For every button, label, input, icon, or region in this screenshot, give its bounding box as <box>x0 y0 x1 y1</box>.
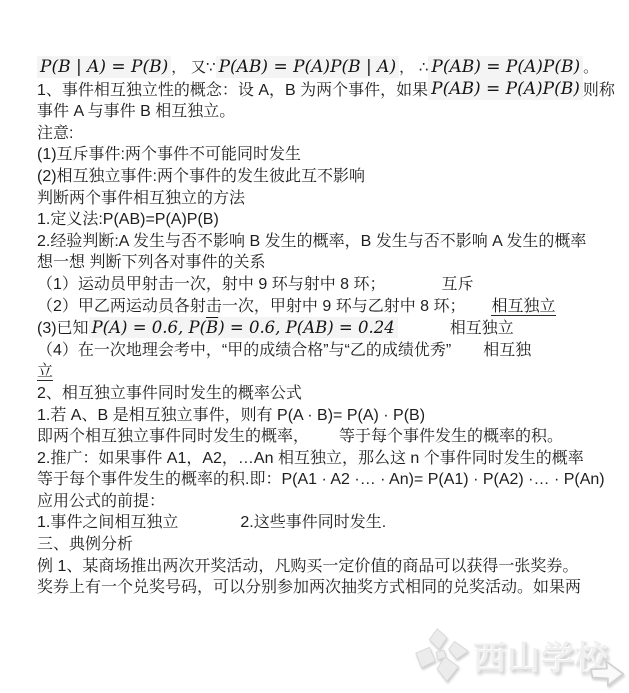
b-complement-overline: B <box>206 318 218 337</box>
concept-post-text: 则称 <box>583 82 615 99</box>
section-3-title: 三、典例分析 <box>37 534 619 556</box>
therefore-symbol: ∴ <box>419 59 429 76</box>
concept-definition-line1: 1、事件相互独立性的概念：设 A，B 为两个事件，如果P(AB) = P(A)P… <box>37 79 619 102</box>
section-2-line2: 即两个相互独立事件同时发生的概率，等于每个事件发生的概率的积。 <box>37 426 619 448</box>
example-line-2: 奖券上有一个兑奖号码，可以分别参加两次抽奖方式相同的兑奖活动。如果两 <box>37 577 619 599</box>
question-3-answer: 相互独立 <box>450 320 514 337</box>
judge-method-title: 判断两个事件相互独立的方法 <box>37 188 619 210</box>
comma: ， <box>399 59 414 76</box>
premise-item-1: 1.事件之间相互独立 <box>37 514 178 531</box>
question-1-text: （1）运动员甲射击一次，射中 9 环与射中 8 环； <box>37 276 385 293</box>
formula-part-b: ) = 0.6, P(AB) = 0.24 <box>218 318 395 337</box>
question-3-pre: (3)已知 <box>37 320 89 337</box>
question-4: （4）在一次地理会考中，“甲的成绩合格”与“乙的成绩优秀”相互独 <box>37 340 619 362</box>
question-1-answer: 互斥 <box>441 276 473 293</box>
method-definition: 1.定义法:P(AB)=P(A)P(B) <box>37 209 619 231</box>
derivation-formula-line: P(B | A) = P(B)， 又∵P(AB) = P(A)P(B | A)，… <box>37 56 619 79</box>
school-watermark: 西山学校 <box>397 621 627 691</box>
note-title: 注意: <box>37 123 619 145</box>
formula-independence: P(AB) = P(A)P(B) <box>428 56 583 78</box>
section-2-title: 2、相互独立事件同时发生的概率公式 <box>37 383 619 405</box>
question-4-answer-part2: 立 <box>37 363 53 381</box>
premise-item-2: 2.这些事件同时发生. <box>240 514 386 531</box>
question-2-answer: 相互独立 <box>491 298 555 316</box>
question-2: （2）甲乙两运动员各射击一次，甲射中 9 环与乙射中 8 环；相互独立 <box>37 296 619 318</box>
question-2-text: （2）甲乙两运动员各射击一次，甲射中 9 环与乙射中 8 环； <box>37 298 465 315</box>
question-3-formula: P(A) = 0.6, P(B) = 0.6, P(AB) = 0.24 <box>89 317 398 338</box>
next-arrow-icon <box>587 655 627 691</box>
section-2-line2a: 即两个相互独立事件同时发生的概率， <box>37 428 309 445</box>
conjunction-because: 又∵ <box>191 59 216 76</box>
section-2-line4: 等于每个事件发生的概率的积.即：P(A1 · A2 ·… · An)= P(A1… <box>37 469 619 491</box>
question-3: (3)已知P(A) = 0.6, P(B) = 0.6, P(AB) = 0.2… <box>37 317 619 340</box>
formula-product-conditional: P(AB) = P(A)P(B | A) <box>216 56 400 78</box>
concept-pre-text: 1、事件相互独立性的概念：设 A，B 为两个事件，如果 <box>37 82 428 99</box>
formula-conditional: P(B | A) = P(B) <box>37 56 171 78</box>
method-empirical: 2.经验判断:A 发生与否不影响 B 发生的概率，B 发生与否不影响 A 发生的… <box>37 231 619 253</box>
example-line-1: 例 1、某商场推出两次开奖活动，凡购买一定价值的商品可以获得一张奖券。 <box>37 556 619 578</box>
concept-definition-line2: 事件 A 与事件 B 相互独立。 <box>37 101 619 123</box>
star-burst-icon <box>411 627 473 689</box>
question-4-text: （4）在一次地理会考中，“甲的成绩合格”与“乙的成绩优秀” <box>37 342 451 359</box>
concept-formula: P(AB) = P(A)P(B) <box>428 78 583 100</box>
premise-line: 1.事件之间相互独立2.这些事件同时发生. <box>37 512 619 534</box>
premise-title: 应用公式的前提： <box>37 491 619 513</box>
formula-part-a: P(A) = 0.6, P( <box>92 318 206 337</box>
section-2-line1: 1.若 A、B 是相互独立事件，则有 P(A · B)= P(A) · P(B) <box>37 405 619 427</box>
note-item-2: (2)相互独立事件:两个事件的发生彼此互不影响 <box>37 166 619 188</box>
comma: ， <box>171 59 186 76</box>
section-2-line2b: 等于每个事件发生的概率的积。 <box>339 428 563 445</box>
question-4-wrap: 立 <box>37 361 619 383</box>
period: 。 <box>583 59 598 76</box>
note-item-1: (1)互斥事件:两个事件不可能同时发生 <box>37 144 619 166</box>
section-2-line3: 2.推广：如果事件 A1，A2，…An 相互独立，那么这 n 个事件同时发生的概… <box>37 448 619 470</box>
school-name-watermark: 西山学校 <box>473 632 609 679</box>
question-4-answer-part1: 相互独 <box>483 342 531 359</box>
think-prompt: 想一想 判断下列各对事件的关系 <box>37 252 619 274</box>
lesson-document: P(B | A) = P(B)， 又∵P(AB) = P(A)P(B | A)，… <box>37 52 619 599</box>
question-1: （1）运动员甲射击一次，射中 9 环与射中 8 环；互斥 <box>37 274 619 296</box>
